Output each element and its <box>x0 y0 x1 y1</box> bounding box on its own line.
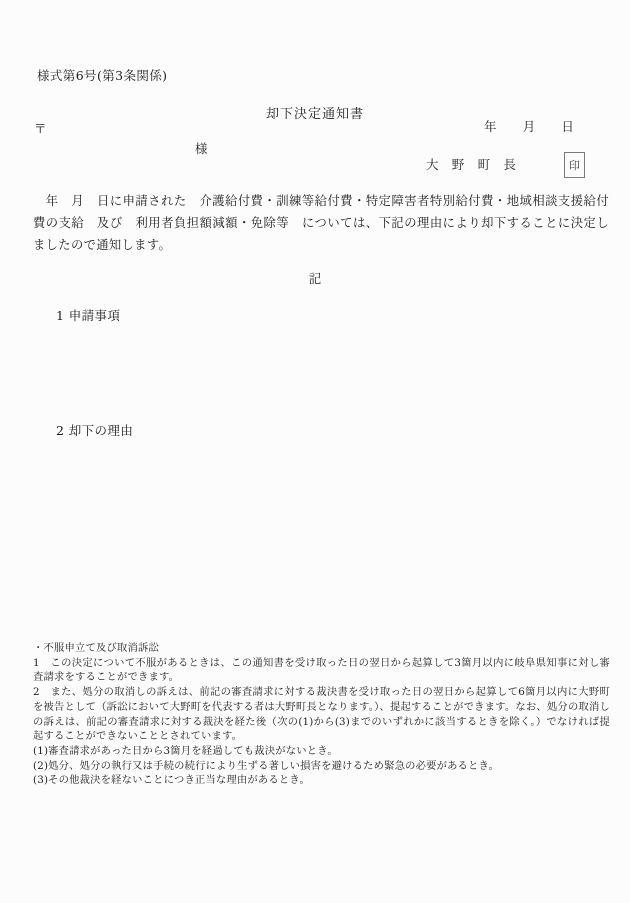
section-heading-rejection-reason: 2 却下の理由 <box>56 421 133 439</box>
record-marker: 記 <box>0 269 630 287</box>
appeal-paragraph-1: 1 この決定について不服があるときは、この通知書を受け取った日の翌日から起算して… <box>33 656 610 685</box>
seal-box: 印 <box>564 152 585 178</box>
form-number: 様式第6号(第3条関係) <box>37 66 167 84</box>
section-heading-application-items: 1 申請事項 <box>56 306 120 324</box>
appeal-condition-3: (3)その他裁決を経ないことにつき正当な理由があるとき。 <box>33 773 610 788</box>
addressee-suffix: 様 <box>195 139 208 157</box>
appeal-condition-2: (2)処分、処分の執行又は手続の続行により生ずる著しい損害を避けるため緊急の必要… <box>33 759 610 774</box>
postal-code-mark: 〒 <box>34 119 47 137</box>
appeal-condition-1: (1)審査請求があった日から3箇月を経過しても裁決がないとき。 <box>33 744 610 759</box>
appeal-notice-block: ・不服申立て及び取消訴訟 1 この決定について不服があるときは、この通知書を受け… <box>33 641 610 788</box>
appeal-paragraph-2: 2 また、処分の取消しの訴えは、前記の審査請求に対する裁決書を受け取った日の翌日… <box>33 685 610 744</box>
appeal-notice-heading: ・不服申立て及び取消訴訟 <box>33 641 610 656</box>
issuer-title: 大 野 町 長 <box>426 155 516 173</box>
notification-body: 年 月 日に申請された 介護給付費・訓練等給付費・特定障害者特別給付費・地域相談… <box>33 190 609 256</box>
document-page: 様式第6号(第3条関係) 却下決定通知書 〒 年 月 日 様 大 野 町 長 印… <box>0 0 630 903</box>
seal-label: 印 <box>569 157 580 173</box>
issue-date-line: 年 月 日 <box>484 117 574 135</box>
